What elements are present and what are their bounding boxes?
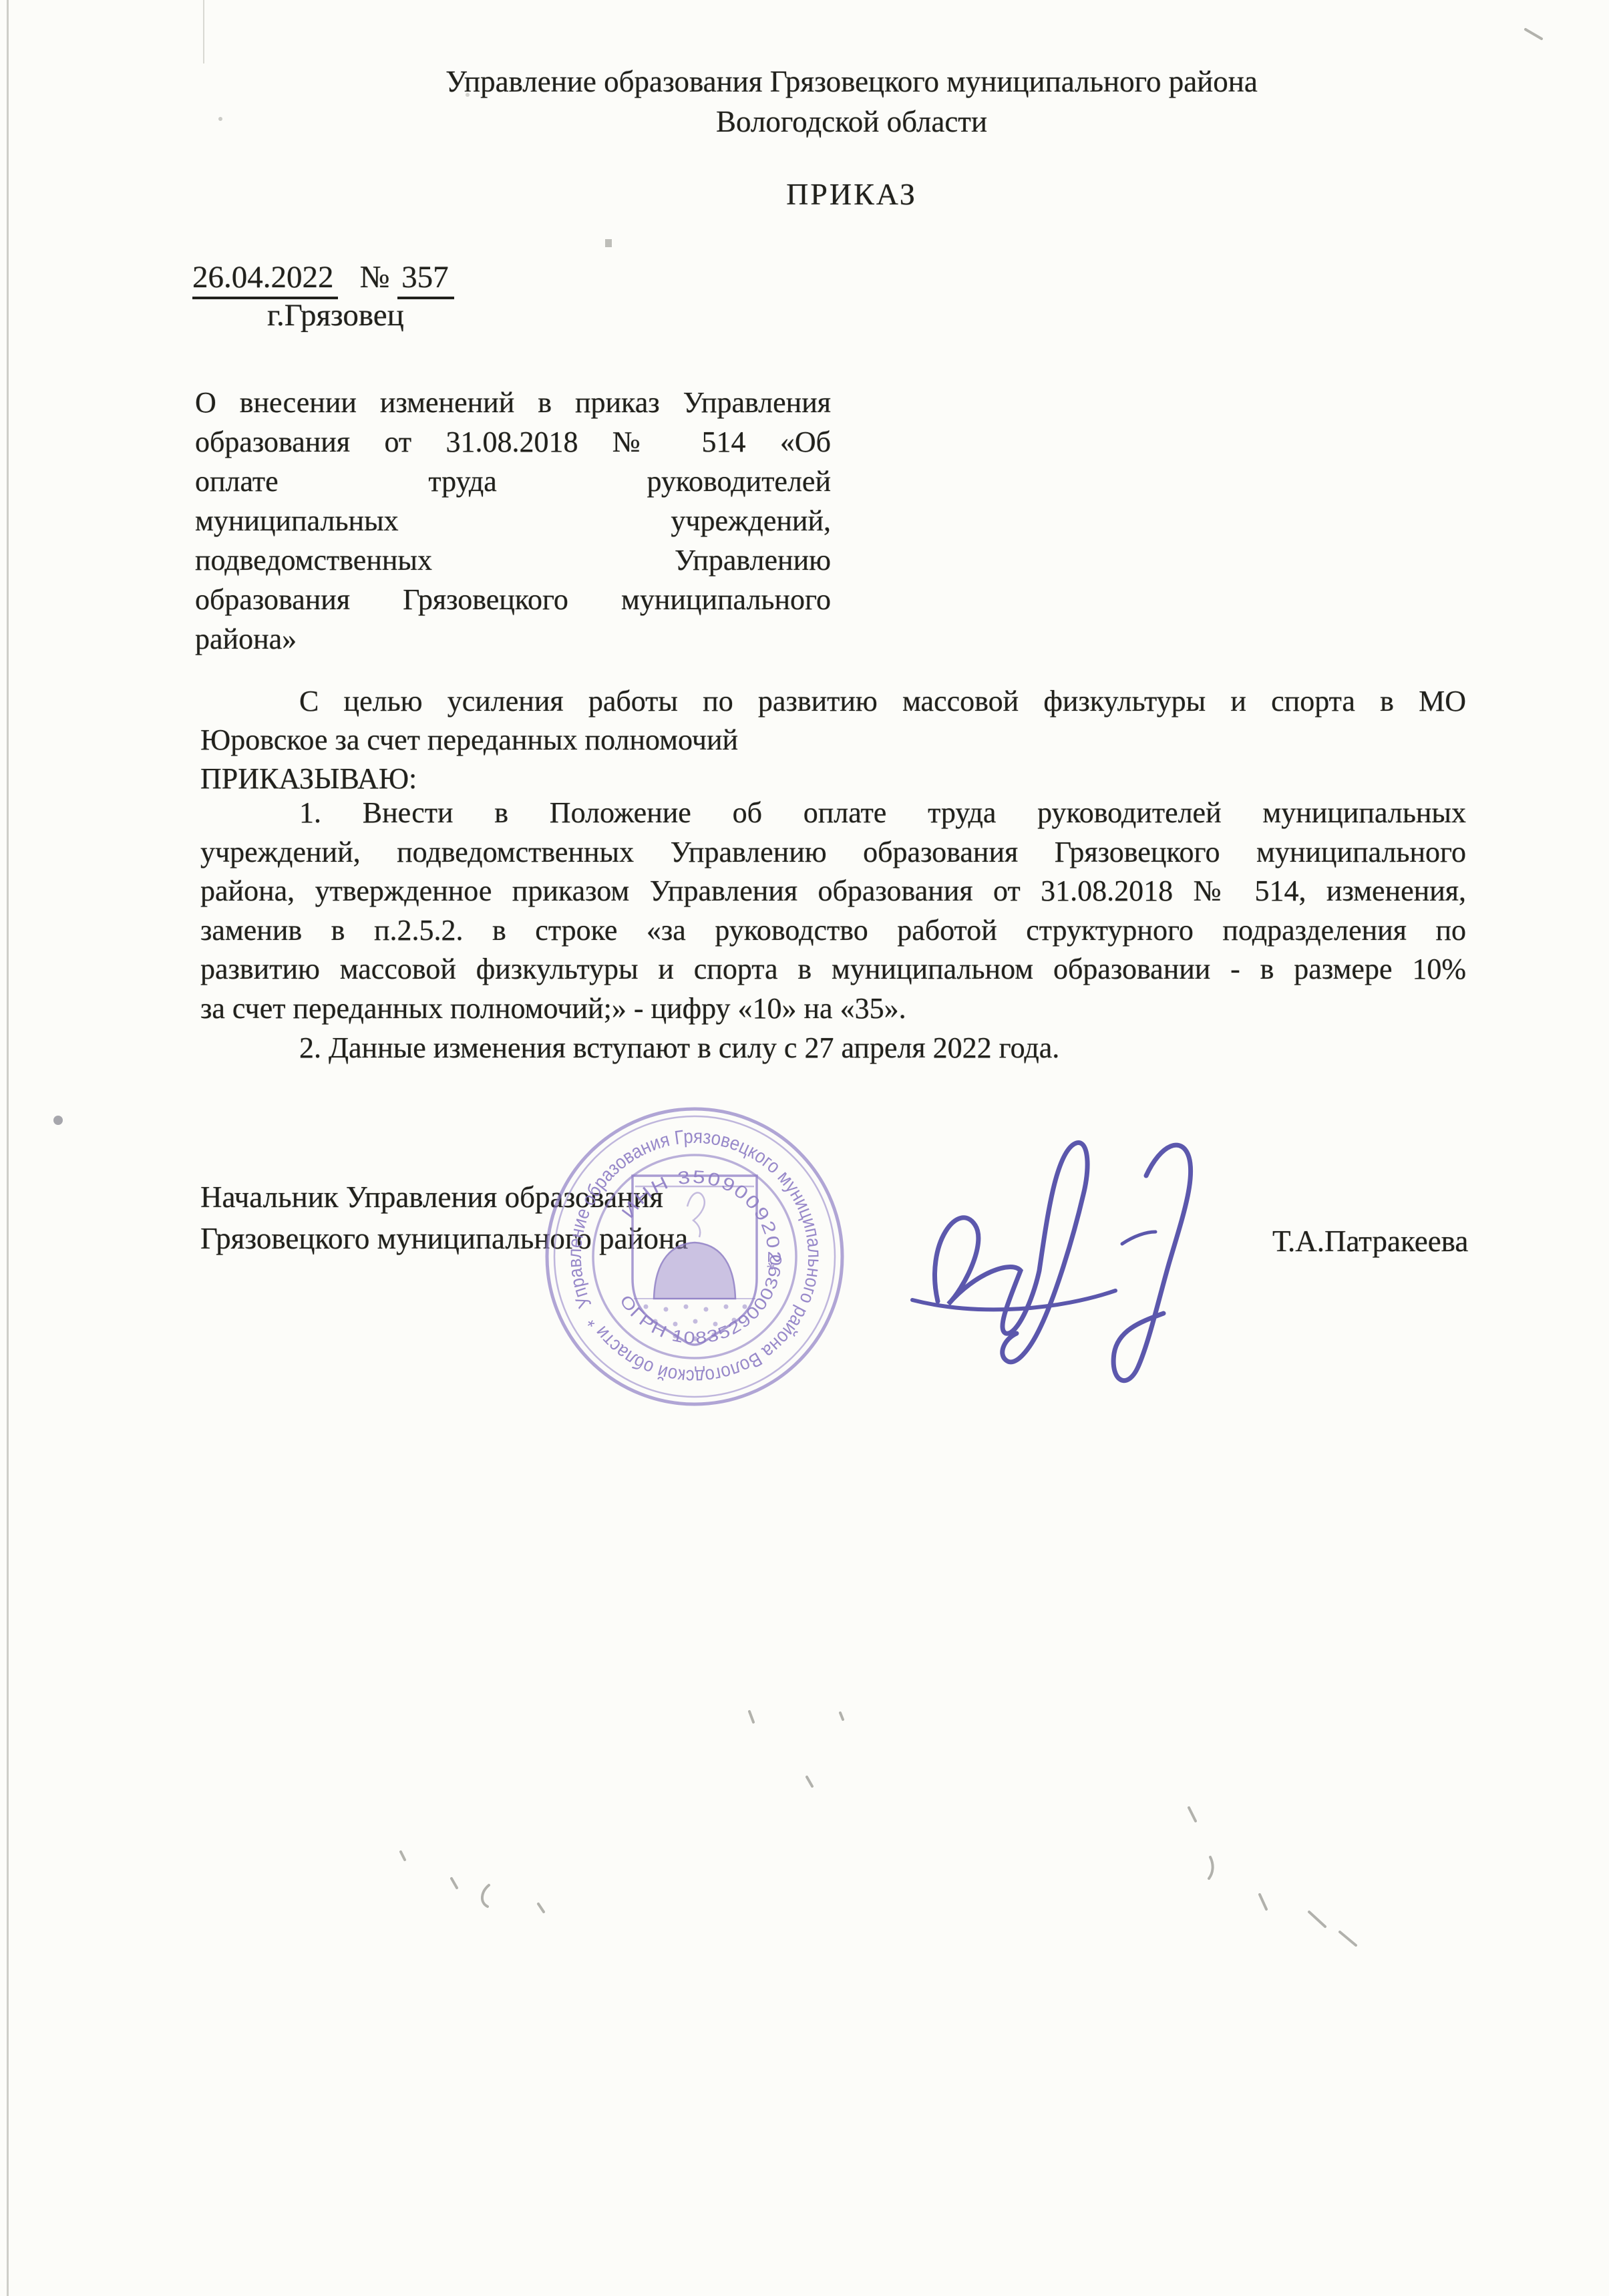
- scanned-order-document: Управление образования Грязовецкого муни…: [0, 0, 1609, 2296]
- scan-noise: [0, 0, 1609, 2296]
